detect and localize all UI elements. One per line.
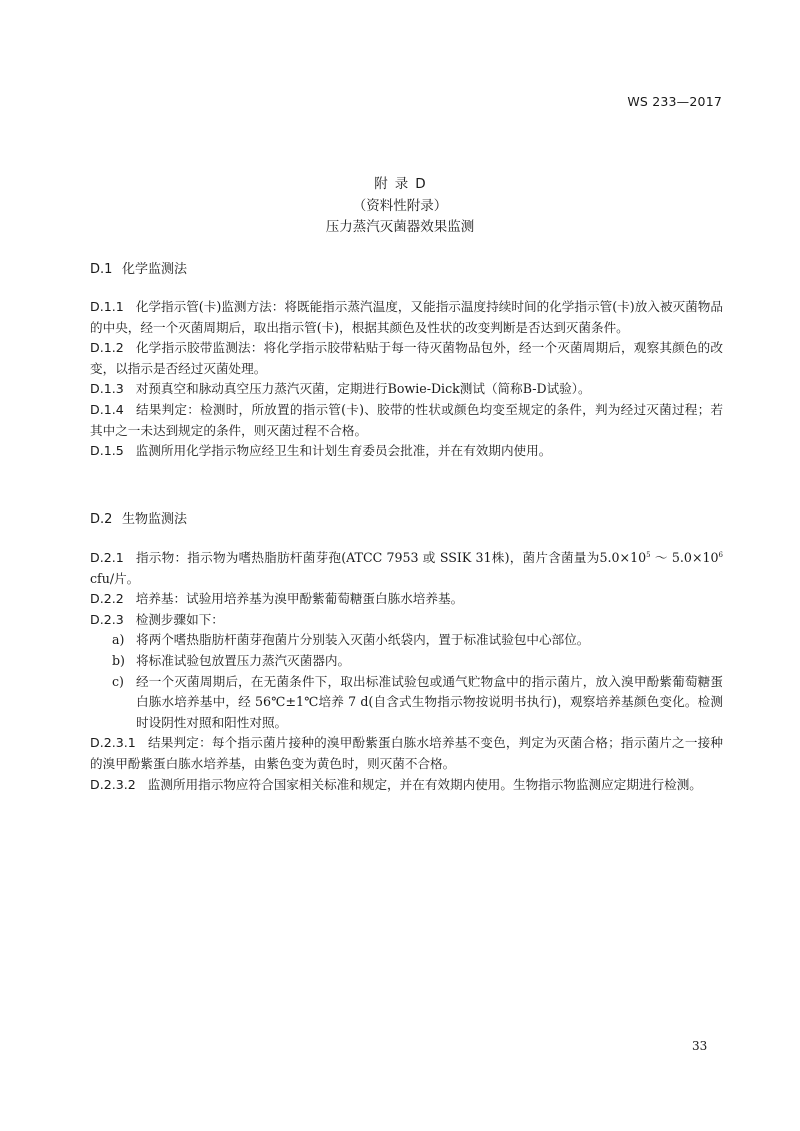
clause-number: D.2.3 (90, 610, 124, 631)
clause-number: D.2.3.1 (90, 733, 136, 754)
page-number: 33 (692, 1039, 707, 1053)
section-title: 生物监测法 (122, 512, 187, 527)
paragraph-d1-3: D.1.3对预真空和脉动真空压力蒸汽灭菌，定期进行Bowie-Dick测试（简称… (90, 379, 723, 400)
clause-text: 结果判定：每个指示菌片接种的溴甲酚紫蛋白胨水培养基不变色，判定为灭菌合格；指示菌… (90, 735, 723, 771)
section-title: 化学监测法 (122, 262, 187, 277)
section-number: D.2 (90, 510, 122, 530)
standard-number: WS 233—2017 (627, 94, 722, 109)
clause-text: 检测步骤如下： (136, 612, 224, 627)
list-marker: a) (112, 630, 124, 651)
list-item-a: a)将两个嗜热脂肪杆菌芽孢菌片分别装入灭菌小纸袋内，置于标准试验包中心部位。 (90, 630, 723, 651)
paragraph-d2-3-1: D.2.3.1结果判定：每个指示菌片接种的溴甲酚紫蛋白胨水培养基不变色，判定为灭… (90, 733, 723, 774)
section-number: D.1 (90, 260, 122, 280)
annex-type: （资料性附录） (0, 196, 800, 218)
clause-text: 结果判定：检测时，所放置的指示管(卡)、胶带的性状或颜色均变至规定的条件，判为经… (90, 402, 723, 438)
list-marker: b) (112, 651, 125, 672)
clause-text: 化学指示胶带监测法：将化学指示胶带粘贴于每一待灭菌物品包外，经一个灭菌周期后，观… (90, 340, 723, 376)
annex-title-block: 附录D （资料性附录） 压力蒸汽灭菌器效果监测 (0, 174, 800, 239)
clause-text: 培养基：试验用培养基为溴甲酚紫葡萄糖蛋白胨水培养基。 (136, 591, 463, 606)
list-text: 经一个灭菌周期后，在无菌条件下，取出标准试验包或通气贮物盒中的指示菌片，放入溴甲… (136, 674, 723, 730)
paragraph-d2-3: D.2.3检测步骤如下： (90, 610, 723, 631)
clause-number: D.1.5 (90, 441, 124, 462)
paragraph-d1-2: D.1.2化学指示胶带监测法：将化学指示胶带粘贴于每一待灭菌物品包外，经一个灭菌… (90, 338, 723, 379)
section-d1-body: D.1.1化学指示管(卡)监测方法：将既能指示蒸汽温度，又能指示温度持续时间的化… (90, 297, 723, 462)
paragraph-d1-4: D.1.4结果判定：检测时，所放置的指示管(卡)、胶带的性状或颜色均变至规定的条… (90, 400, 723, 441)
clause-text: 对预真空和脉动真空压力蒸汽灭菌，定期进行Bowie-Dick测试（简称B-D试验… (136, 381, 591, 396)
clause-text: 监测所用指示物应符合国家相关标准和规定，并在有效期内使用。生物指示物监测应定期进… (148, 777, 702, 792)
annex-label: 附录D (0, 174, 800, 196)
paragraph-d2-3-2: D.2.3.2监测所用指示物应符合国家相关标准和规定，并在有效期内使用。生物指示… (90, 775, 723, 796)
section-heading-d2: D.2生物监测法 (90, 510, 187, 530)
exponent: 6 (719, 551, 723, 559)
clause-text: ～ 5.0×10 (651, 550, 719, 565)
section-d2-body: D.2.1指示物：指示物为嗜热脂肪杆菌芽孢(ATCC 7953 或 SSIK 3… (90, 548, 723, 795)
clause-number: D.1.3 (90, 379, 124, 400)
paragraph-d1-5: D.1.5监测所用化学指示物应经卫生和计划生育委员会批准，并在有效期内使用。 (90, 441, 723, 462)
clause-number: D.1.4 (90, 400, 124, 421)
document-page: WS 233—2017 附录D （资料性附录） 压力蒸汽灭菌器效果监测 D.1化… (0, 0, 800, 1131)
list-text: 将两个嗜热脂肪杆菌芽孢菌片分别装入灭菌小纸袋内，置于标准试验包中心部位。 (136, 632, 589, 647)
clause-number: D.1.2 (90, 338, 124, 359)
clause-number: D.2.2 (90, 589, 124, 610)
clause-text: 指示物：指示物为嗜热脂肪杆菌芽孢(ATCC 7953 或 SSIK 31株)，菌… (136, 550, 646, 565)
list-marker: c) (112, 672, 124, 693)
clause-number: D.1.1 (90, 297, 124, 318)
list-item-b: b)将标准试验包放置压力蒸汽灭菌器内。 (90, 651, 723, 672)
paragraph-d2-1: D.2.1指示物：指示物为嗜热脂肪杆菌芽孢(ATCC 7953 或 SSIK 3… (90, 548, 723, 589)
section-heading-d1: D.1化学监测法 (90, 260, 187, 280)
annex-title: 压力蒸汽灭菌器效果监测 (0, 217, 800, 239)
paragraph-d1-1: D.1.1化学指示管(卡)监测方法：将既能指示蒸汽温度，又能指示温度持续时间的化… (90, 297, 723, 338)
clause-number: D.2.3.2 (90, 775, 136, 796)
clause-text: 化学指示管(卡)监测方法：将既能指示蒸汽温度，又能指示温度持续时间的化学指示管(… (90, 299, 723, 335)
clause-text: 监测所用化学指示物应经卫生和计划生育委员会批准，并在有效期内使用。 (136, 443, 552, 458)
paragraph-d2-2: D.2.2培养基：试验用培养基为溴甲酚紫葡萄糖蛋白胨水培养基。 (90, 589, 723, 610)
list-text: 将标准试验包放置压力蒸汽灭菌器内。 (136, 653, 350, 668)
clause-text: cfu/片。 (90, 571, 139, 586)
list-item-c: c)经一个灭菌周期后，在无菌条件下，取出标准试验包或通气贮物盒中的指示菌片，放入… (90, 672, 723, 734)
clause-number: D.2.1 (90, 548, 124, 569)
